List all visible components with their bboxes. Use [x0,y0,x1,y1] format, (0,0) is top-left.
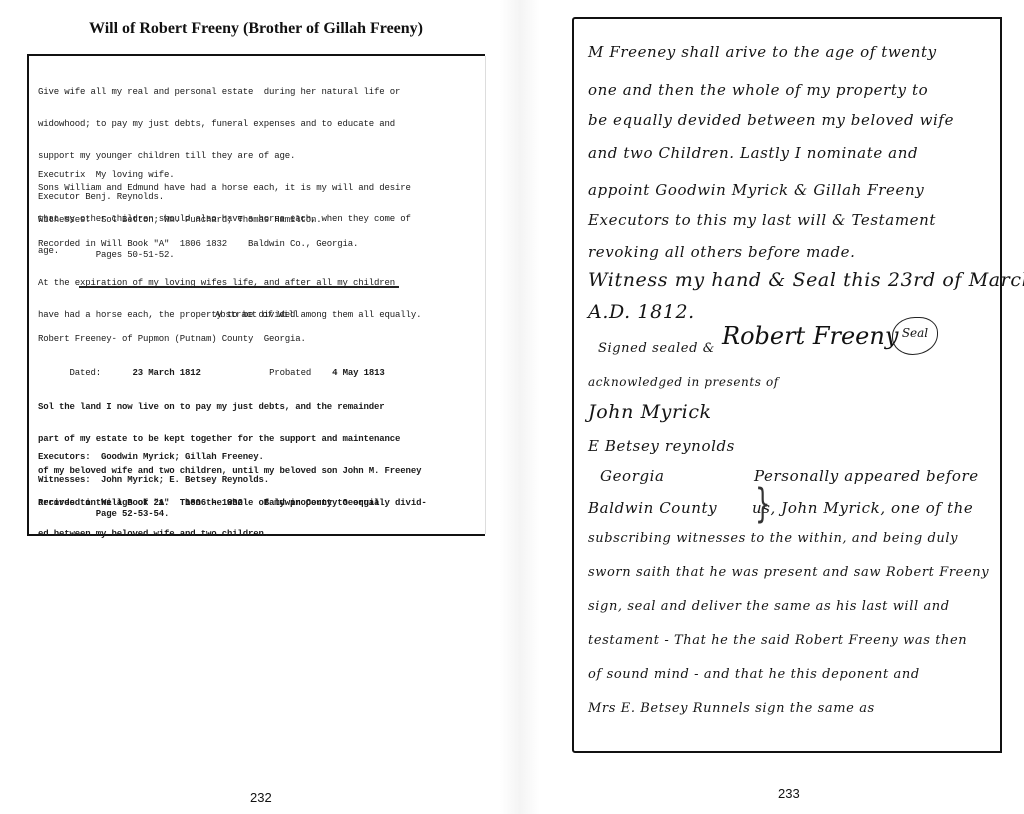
recorded-line: Recorded in Will Book "A" 1806 1832 Bald… [38,239,479,250]
witnesses-line: Witnesses: Sol Betton; Wm. Punchard; Tho… [38,215,479,226]
page-title: Will of Robert Freeny (Brother of Gillah… [0,20,512,38]
summary-line: widowhood; to pay my just debts, funeral… [38,119,479,130]
summary-line: Give wife all my real and personal estat… [38,87,479,98]
probated-label: Probated [269,368,311,378]
hand-line: be equally devided between my beloved wi… [588,111,990,129]
hand-line: testament - That he the said Robert Free… [588,633,990,648]
hand-line: revoking all others before made. [588,243,990,261]
hand-line: and two Children. Lastly I nominate and [588,144,990,162]
abstract-line: ed between my beloved wife and two child… [38,529,479,540]
hand-line: Witness my hand & Seal this 23rd of Marc… [588,269,990,291]
abstract-testator: Robert Freeney- of Pupmon (Putnam) Count… [38,334,479,345]
page-number-right: 233 [778,786,800,801]
dated-value: 23 March 1812 [133,368,201,378]
hand-line: appoint Goodwin Myrick & Gillah Freeny [588,181,990,199]
testator-signature: Robert Freeny [722,322,898,350]
hand-line: one and then the whole of my property to [588,81,990,99]
hand-line: Executors to this my last will & Testame… [588,211,990,229]
hand-line: sworn saith that he was present and saw … [588,565,990,580]
abstract-recorded: Recorded in Will Book "A" 1806 - 1832 Ba… [38,498,479,509]
abstract-executors: Executors: Goodwin Myrick; Gillah Freene… [38,452,479,463]
witness-name: John Myrick [588,401,990,423]
hand-line: Personally appeared before [754,467,990,485]
witness-name: E Betsey reynolds [588,437,990,455]
section-divider [79,286,399,288]
hand-line: us, John Myrick, one of the [752,499,990,517]
hand-line: M Freeney shall arive to the age of twen… [588,43,990,61]
probated-value: 4 May 1813 [332,368,385,378]
left-page: Will of Robert Freeny (Brother of Gillah… [0,0,512,814]
recorded-pages-line: Pages 50-51-52. [38,250,479,261]
page-number-left: 232 [250,790,272,805]
hand-line: acknowledged in presents of [588,375,990,389]
will-summary: Give wife all my real and personal estat… [38,66,479,341]
abstract-witnesses: Witnesses: John Myrick; E. Betsey Reynol… [38,475,479,486]
summary-line: support my younger children till they ar… [38,151,479,162]
right-page: M Freeney shall arive to the age of twen… [512,0,1024,814]
hand-line: Mrs E. Betsey Runnels sign the same as [588,701,990,716]
executor-line: Executor Benj. Reynolds. [38,192,479,203]
hand-line: subscribing witnesses to the within, and… [588,531,990,546]
hand-line: sign, seal and deliver the same as his l… [588,599,990,614]
brace-mark: } [755,481,770,527]
abstract-body: Sol the land I now live on to pay my jus… [38,381,479,561]
dated-label: Dated: [70,368,102,378]
abstract-line: part of my estate to be kept together fo… [38,434,479,445]
abstract-line: Sol the land I now live on to pay my jus… [38,402,479,413]
typed-transcript-box: Give wife all my real and personal estat… [27,54,485,536]
abstract-recorded-pages: Page 52-53-54. [38,509,479,520]
hand-line: of sound mind - and that he this deponen… [588,667,990,682]
executrix-line: Executrix My loving wife. [38,170,479,181]
handwritten-will-frame: M Freeney shall arive to the age of twen… [572,17,1002,753]
abstract-heading: Abstract of Will [29,310,485,321]
